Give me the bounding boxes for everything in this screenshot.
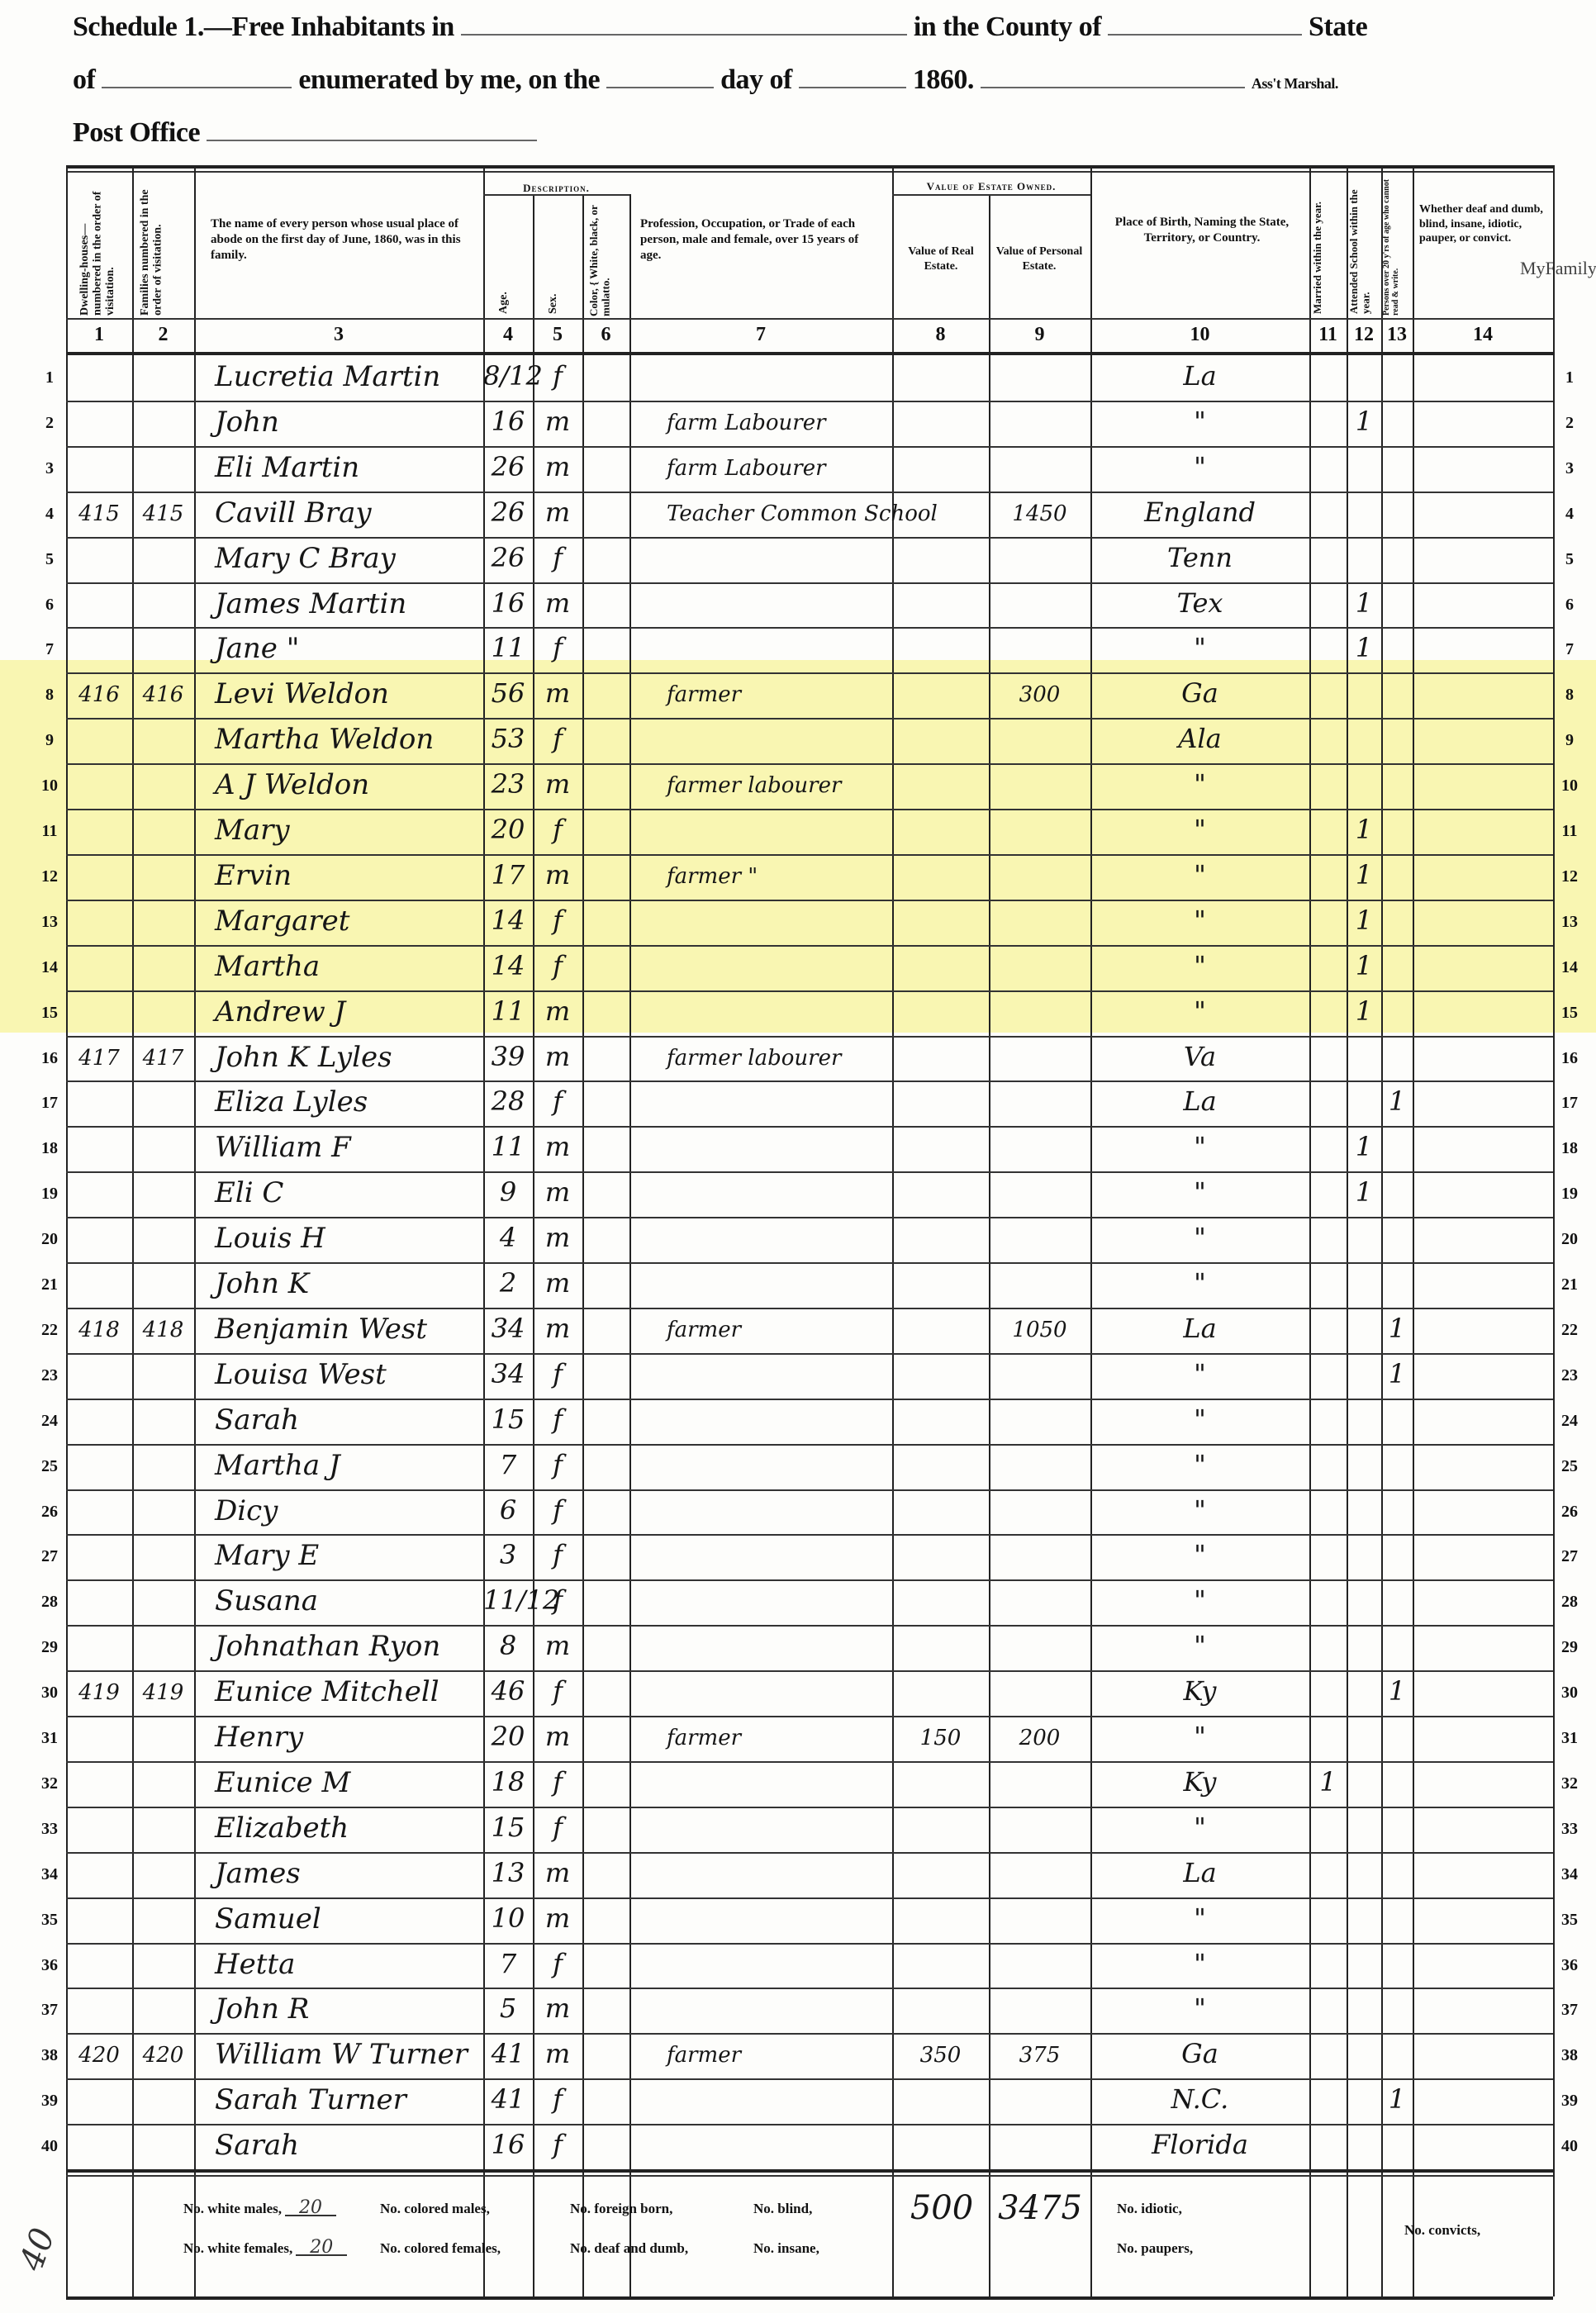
- line-number-right: 23: [1553, 1366, 1586, 1385]
- age-value: 26: [483, 542, 533, 573]
- column-number-1: 1: [66, 324, 132, 346]
- sex-value: m: [533, 1222, 582, 1253]
- dwelling-number: 417: [66, 1046, 132, 1071]
- illiterate-mark: 1: [1381, 2083, 1413, 2115]
- line-number-left: 14: [33, 958, 66, 977]
- line-number-left: 5: [33, 550, 66, 569]
- line-number-right: 1: [1553, 368, 1586, 387]
- title-line-3: Post Office: [73, 117, 544, 149]
- birthplace-value: La: [1090, 1313, 1309, 1344]
- person-name: Eunice Mitchell: [215, 1675, 439, 1708]
- birthplace-value: ": [1090, 1812, 1309, 1843]
- sex-value: f: [533, 1403, 582, 1435]
- row-rule: [66, 1897, 1553, 1899]
- birthplace-value: ": [1090, 1267, 1309, 1299]
- person-name: Louis H: [215, 1222, 325, 1255]
- line-number-left: 32: [33, 1774, 66, 1793]
- header-age: Age.: [497, 248, 515, 314]
- sex-value: f: [533, 2129, 582, 2160]
- line-number-left: 2: [33, 414, 66, 433]
- person-name: Eliza Lyles: [215, 1085, 368, 1119]
- line-number-left: 3: [33, 459, 66, 478]
- dwelling-number: 419: [66, 1680, 132, 1705]
- line-number-left: 36: [33, 1956, 66, 1975]
- sex-value: m: [533, 1721, 582, 1752]
- row-rule: [66, 2169, 1553, 2173]
- school-mark: 1: [1347, 632, 1381, 663]
- sex-value: f: [533, 1539, 582, 1570]
- sex-value: f: [533, 1766, 582, 1798]
- line-number-left: 15: [33, 1004, 66, 1023]
- line-number-left: 34: [33, 1865, 66, 1884]
- header-real-estate: Value of Real Estate.: [896, 245, 986, 273]
- age-value: 8: [483, 1630, 533, 1661]
- line-number-left: 12: [33, 867, 66, 886]
- summary-white-females: No. white females,20: [183, 2240, 347, 2257]
- line-number-left: 27: [33, 1547, 66, 1566]
- personal-estate-value: 1050: [989, 1318, 1090, 1342]
- line-number-right: 39: [1553, 2092, 1586, 2111]
- column-number-2: 2: [132, 324, 194, 346]
- day-blank: [606, 85, 714, 88]
- person-name: James: [215, 1857, 301, 1890]
- age-value: 13: [483, 1857, 533, 1888]
- line-number-right: 6: [1553, 596, 1586, 615]
- column-divider: [629, 194, 631, 2296]
- person-name: Margaret: [215, 905, 349, 938]
- line-number-left: 7: [33, 640, 66, 659]
- line-number-right: 40: [1553, 2137, 1586, 2156]
- sex-value: m: [533, 496, 582, 528]
- occupation-value: farmer: [667, 1726, 741, 1750]
- sex-value: f: [533, 950, 582, 981]
- age-value: 10: [483, 1902, 533, 1934]
- marshal-label: Ass't Marshal.: [1252, 75, 1338, 92]
- occupation-value: farmer: [667, 682, 741, 707]
- age-value: 4: [483, 1222, 533, 1253]
- age-value: 14: [483, 950, 533, 981]
- person-name: Jane ": [215, 632, 299, 665]
- line-number-right: 27: [1553, 1547, 1586, 1566]
- line-number-right: 24: [1553, 1412, 1586, 1431]
- header-estate-group: Value of Estate Owned.: [892, 180, 1090, 193]
- age-value: 11: [483, 995, 533, 1027]
- person-name: Mary C Bray: [215, 542, 396, 575]
- sex-value: f: [533, 1085, 582, 1117]
- birthplace-value: La: [1090, 360, 1309, 392]
- age-value: 8/12: [483, 360, 533, 392]
- age-value: 18: [483, 1766, 533, 1798]
- person-name: A J Weldon: [215, 768, 369, 801]
- illiterate-mark: 1: [1381, 1358, 1413, 1389]
- sex-value: m: [533, 1176, 582, 1208]
- personal-estate-value: 200: [989, 1726, 1090, 1750]
- birthplace-value: ": [1090, 1584, 1309, 1616]
- dwelling-number: 415: [66, 501, 132, 526]
- row-rule: [66, 1579, 1553, 1581]
- person-name: Sarah Turner: [215, 2083, 406, 2116]
- state-label: State: [1309, 12, 1367, 42]
- line-number-right: 15: [1553, 1004, 1586, 1023]
- occupation-value: farmer ": [667, 864, 758, 889]
- age-value: 39: [483, 1041, 533, 1072]
- school-mark: 1: [1347, 814, 1381, 845]
- person-name: Henry: [215, 1721, 303, 1754]
- column-number-7: 7: [629, 324, 892, 346]
- sex-value: m: [533, 1857, 582, 1888]
- row-rule: [66, 854, 1553, 856]
- row-rule: [66, 1670, 1553, 1672]
- line-number-right: 11: [1553, 822, 1586, 841]
- row-rule: [66, 809, 1553, 810]
- line-number-left: 18: [33, 1139, 66, 1158]
- column-number-5: 5: [533, 324, 582, 346]
- line-number-right: 7: [1553, 640, 1586, 659]
- row-rule: [66, 718, 1553, 720]
- age-value: 3: [483, 1539, 533, 1570]
- sex-value: f: [533, 2083, 582, 2115]
- column-number-9: 9: [989, 324, 1090, 346]
- line-number-right: 35: [1553, 1911, 1586, 1930]
- sex-value: f: [533, 542, 582, 573]
- header-occupation: Profession, Occupation, or Trade of each…: [640, 216, 880, 263]
- row-rule: [66, 2033, 1553, 2035]
- header-description-group: Description.: [483, 182, 629, 195]
- person-name: Hetta: [215, 1948, 295, 1981]
- dwelling-number: 416: [66, 682, 132, 707]
- row-rule: [66, 1353, 1553, 1355]
- sex-value: f: [533, 632, 582, 663]
- summary-colored-males: No. colored males,: [380, 2201, 490, 2217]
- line-number-right: 17: [1553, 1094, 1586, 1113]
- sex-value: m: [533, 1313, 582, 1344]
- row-rule: [66, 492, 1553, 493]
- line-number-left: 24: [33, 1412, 66, 1431]
- line-number-right: 25: [1553, 1457, 1586, 1476]
- age-value: 14: [483, 905, 533, 936]
- birthplace-value: ": [1090, 1494, 1309, 1526]
- personal-estate-value: 375: [989, 2043, 1090, 2068]
- line-number-left: 19: [33, 1185, 66, 1204]
- watermark: MyFamily: [1520, 258, 1596, 279]
- illiterate-mark: 1: [1381, 1313, 1413, 1344]
- summary-idiotic: No. idiotic,: [1117, 2201, 1182, 2217]
- line-number-right: 28: [1553, 1593, 1586, 1612]
- person-name: Sarah: [215, 2129, 299, 2162]
- footer-bottom-border: [66, 2296, 1553, 2300]
- sex-value: m: [533, 1267, 582, 1299]
- age-value: 15: [483, 1403, 533, 1435]
- enumerated-label: enumerated by me, on the: [298, 64, 600, 95]
- birthplace-value: ": [1090, 1630, 1309, 1661]
- age-value: 20: [483, 1721, 533, 1752]
- column-divider: [194, 165, 196, 2296]
- post-office-label: Post Office: [73, 117, 200, 148]
- birthplace-value: ": [1090, 1176, 1309, 1208]
- person-name: Eunice M: [215, 1766, 350, 1799]
- birthplace-value: ": [1090, 950, 1309, 981]
- school-mark: 1: [1347, 1131, 1381, 1162]
- age-value: 11: [483, 1131, 533, 1162]
- line-number-left: 4: [33, 505, 66, 524]
- line-number-left: 39: [33, 2092, 66, 2111]
- year-label: 1860.: [913, 64, 974, 95]
- school-mark: 1: [1347, 950, 1381, 981]
- age-value: 7: [483, 1449, 533, 1480]
- summary-white-males: No. white males,20: [183, 2201, 336, 2217]
- school-mark: 1: [1347, 995, 1381, 1027]
- row-rule: [66, 672, 1553, 674]
- person-name: William W Turner: [215, 2038, 468, 2071]
- line-number-left: 35: [33, 1911, 66, 1930]
- row-rule: [66, 1988, 1553, 1989]
- header-color: Color, { White, black, or mulatto.: [588, 202, 625, 316]
- header-dwelling: Dwelling-houses—numbered in the order of…: [78, 183, 125, 316]
- birthplace-value: Va: [1090, 1041, 1309, 1072]
- line-number-right: 21: [1553, 1275, 1586, 1294]
- line-number-right: 36: [1553, 1956, 1586, 1975]
- age-value: 53: [483, 723, 533, 754]
- person-name: Sarah: [215, 1403, 299, 1437]
- sex-value: f: [533, 1358, 582, 1389]
- age-value: 6: [483, 1494, 533, 1526]
- birthplace-value: ": [1090, 1403, 1309, 1435]
- family-number: 418: [132, 1318, 194, 1342]
- column-divider: [1347, 165, 1348, 2296]
- age-value: 20: [483, 814, 533, 845]
- person-name: William F: [215, 1131, 351, 1164]
- sex-value: m: [533, 1131, 582, 1162]
- age-value: 34: [483, 1313, 533, 1344]
- sex-value: f: [533, 1449, 582, 1480]
- post-office-blank: [207, 138, 537, 141]
- sex-value: m: [533, 1992, 582, 2024]
- header-illiterate: Persons over 20 y'rs of age who cannot r…: [1382, 173, 1412, 316]
- header-disabilities: Whether deaf and dumb, blind, insane, id…: [1419, 202, 1547, 246]
- header-name: The name of every person whose usual pla…: [211, 216, 467, 263]
- line-number-left: 8: [33, 686, 66, 705]
- birthplace-value: ": [1090, 451, 1309, 482]
- real-estate-value: 350: [892, 2043, 989, 2068]
- line-number-left: 1: [33, 368, 66, 387]
- age-value: 2: [483, 1267, 533, 1299]
- family-number: 420: [132, 2043, 194, 2068]
- title-line-1: Schedule 1.—Free Inhabitants inin the Co…: [73, 12, 1367, 43]
- line-number-right: 14: [1553, 958, 1586, 977]
- personal-estate-total: 3475: [991, 2189, 1089, 2227]
- sex-value: m: [533, 1041, 582, 1072]
- birthplace-value: ": [1090, 768, 1309, 800]
- real-estate-total: 500: [896, 2189, 987, 2227]
- column-number-8: 8: [892, 324, 989, 346]
- school-mark: 1: [1347, 587, 1381, 619]
- row-rule: [66, 537, 1553, 539]
- line-number-right: 13: [1553, 913, 1586, 932]
- line-number-right: 12: [1553, 867, 1586, 886]
- row-rule: [66, 2078, 1553, 2080]
- line-number-left: 23: [33, 1366, 66, 1385]
- person-name: Martha Weldon: [215, 723, 434, 756]
- school-mark: 1: [1347, 406, 1381, 437]
- white-males-value: 20: [285, 2201, 336, 2216]
- sex-value: f: [533, 723, 582, 754]
- occupation-value: farm Labourer: [667, 456, 826, 481]
- person-name: Lucretia Martin: [215, 360, 440, 393]
- age-value: 5: [483, 1992, 533, 2024]
- line-number-right: 33: [1553, 1820, 1586, 1839]
- row-rule: [66, 763, 1553, 765]
- column-divider: [1381, 165, 1383, 2296]
- family-number: 415: [132, 501, 194, 526]
- occupation-value: farmer: [667, 2043, 741, 2068]
- line-number-left: 9: [33, 731, 66, 750]
- birthplace-value: ": [1090, 905, 1309, 936]
- age-value: 11: [483, 632, 533, 663]
- person-name: Cavill Bray: [215, 496, 372, 530]
- title-line-2: ofenumerated by me, on theday of1860.Ass…: [73, 64, 1338, 96]
- person-name: Susana: [215, 1584, 318, 1617]
- birthplace-value: Ga: [1090, 2038, 1309, 2069]
- birthplace-value: Ala: [1090, 723, 1309, 754]
- column-divider: [582, 194, 584, 2296]
- line-number-right: 38: [1553, 2046, 1586, 2065]
- line-number-right: 20: [1553, 1230, 1586, 1249]
- column-number-3: 3: [194, 324, 483, 346]
- person-name: John K Lyles: [215, 1041, 392, 1074]
- occupation-value: farmer: [667, 1318, 741, 1342]
- birthplace-value: ": [1090, 632, 1309, 663]
- age-value: 23: [483, 768, 533, 800]
- line-number-right: 3: [1553, 459, 1586, 478]
- column-number-12: 12: [1347, 324, 1381, 346]
- age-value: 17: [483, 859, 533, 891]
- age-value: 16: [483, 587, 533, 619]
- line-number-left: 20: [33, 1230, 66, 1249]
- summary-blind: No. blind,: [753, 2201, 812, 2217]
- birthplace-value: England: [1090, 496, 1309, 528]
- age-value: 56: [483, 677, 533, 709]
- age-value: 26: [483, 496, 533, 528]
- person-name: John K: [215, 1267, 309, 1300]
- description-group-rule: [483, 194, 629, 196]
- person-name: John: [215, 406, 279, 439]
- person-name: Martha J: [215, 1449, 340, 1482]
- header-married: Married within the year.: [1312, 178, 1345, 314]
- illiterate-mark: 1: [1381, 1675, 1413, 1707]
- sex-value: m: [533, 451, 582, 482]
- school-mark: 1: [1347, 905, 1381, 936]
- line-number-right: 34: [1553, 1865, 1586, 1884]
- personal-estate-value: 300: [989, 682, 1090, 707]
- line-number-right: 22: [1553, 1321, 1586, 1340]
- line-number-left: 28: [33, 1593, 66, 1612]
- person-name: Martha: [215, 950, 320, 983]
- sex-value: m: [533, 677, 582, 709]
- number-row-top: [66, 318, 1553, 320]
- header-family: Families numbered in the order of visita…: [139, 183, 185, 316]
- line-number-right: 9: [1553, 731, 1586, 750]
- age-value: 26: [483, 451, 533, 482]
- row-rule: [66, 1126, 1553, 1128]
- line-number-left: 31: [33, 1729, 66, 1748]
- line-number-left: 40: [33, 2137, 66, 2156]
- line-number-left: 38: [33, 2046, 66, 2065]
- birthplace-value: Tenn: [1090, 542, 1309, 573]
- occupation-value: farmer labourer: [667, 773, 841, 798]
- person-name: Ervin: [215, 859, 292, 892]
- row-rule: [66, 1625, 1553, 1627]
- line-number-left: 11: [33, 822, 66, 841]
- age-value: 16: [483, 2129, 533, 2160]
- line-number-right: 37: [1553, 2001, 1586, 2020]
- sex-value: m: [533, 587, 582, 619]
- row-rule: [66, 1807, 1553, 1808]
- sex-value: m: [533, 768, 582, 800]
- birthplace-value: ": [1090, 1902, 1309, 1934]
- row-rule: [66, 446, 1553, 448]
- day-of-label: day of: [720, 64, 792, 95]
- family-number: 417: [132, 1046, 194, 1071]
- line-number-left: 17: [33, 1094, 66, 1113]
- table-bottom-inner: [66, 2175, 1553, 2177]
- number-row-bottom: [66, 352, 1553, 355]
- birthplace-value: ": [1090, 406, 1309, 437]
- person-name: Benjamin West: [215, 1313, 427, 1346]
- line-number-right: 30: [1553, 1684, 1586, 1703]
- family-number: 416: [132, 682, 194, 707]
- age-value: 46: [483, 1675, 533, 1707]
- line-number-left: 13: [33, 913, 66, 932]
- line-number-left: 30: [33, 1684, 66, 1703]
- line-number-left: 37: [33, 2001, 66, 2020]
- header-birthplace: Place of Birth, Naming the State, Territ…: [1099, 215, 1305, 246]
- row-rule: [66, 1489, 1553, 1491]
- row-rule: [66, 1943, 1553, 1945]
- white-females-value: 20: [296, 2241, 347, 2256]
- birthplace-value: ": [1090, 1721, 1309, 1752]
- person-name: Levi Weldon: [215, 677, 389, 710]
- row-rule: [66, 627, 1553, 629]
- age-value: 41: [483, 2083, 533, 2115]
- census-page: Schedule 1.—Free Inhabitants inin the Co…: [0, 0, 1596, 2313]
- line-number-left: 33: [33, 1820, 66, 1839]
- sex-value: f: [533, 1675, 582, 1707]
- birthplace-value: ": [1090, 1131, 1309, 1162]
- line-number-left: 22: [33, 1321, 66, 1340]
- person-name: Louisa West: [215, 1358, 387, 1391]
- birthplace-value: ": [1090, 1992, 1309, 2024]
- person-name: Samuel: [215, 1902, 321, 1935]
- dwelling-number: 418: [66, 1318, 132, 1342]
- birthplace-value: Ga: [1090, 677, 1309, 709]
- line-number-left: 6: [33, 596, 66, 615]
- line-number-right: 5: [1553, 550, 1586, 569]
- age-value: 34: [483, 1358, 533, 1389]
- row-rule: [66, 1036, 1553, 1038]
- township-blank: [461, 32, 907, 36]
- column-divider: [1309, 165, 1311, 2296]
- column-divider: [66, 165, 68, 2296]
- person-name: Johnathan Ryon: [215, 1630, 440, 1663]
- age-value: 9: [483, 1176, 533, 1208]
- sex-value: m: [533, 995, 582, 1027]
- line-number-right: 31: [1553, 1729, 1586, 1748]
- birthplace-value: ": [1090, 995, 1309, 1027]
- row-rule: [66, 1852, 1553, 1854]
- column-divider: [892, 165, 894, 2296]
- age-value: 11/12: [483, 1584, 533, 1616]
- birthplace-value: Florida: [1090, 2129, 1309, 2160]
